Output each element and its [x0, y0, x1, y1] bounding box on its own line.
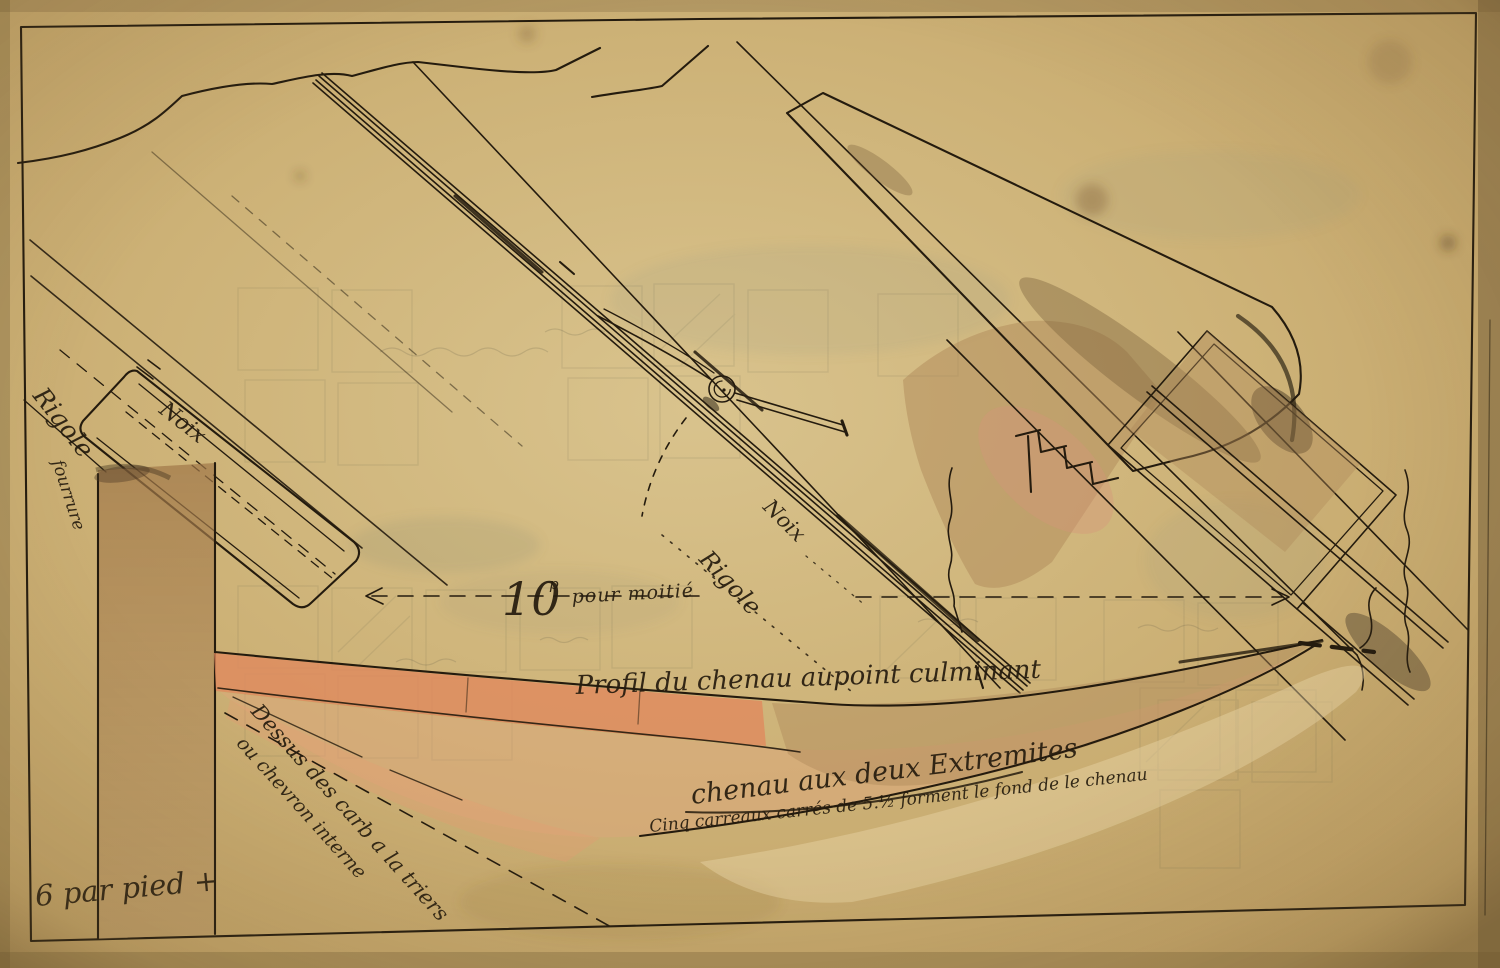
photo-edges	[0, 0, 1500, 968]
drawing-stroke	[0, 952, 1500, 968]
drawing-stroke	[0, 0, 1500, 12]
drawing-stroke	[0, 0, 1500, 968]
drawing-stroke	[0, 0, 10, 968]
drawing-canvas: Rigole fourrure Noix Noix Rigole 10 p po…	[0, 0, 1500, 968]
antique-gutter-drawing: Rigole fourrure Noix Noix Rigole 10 p po…	[0, 0, 1500, 968]
